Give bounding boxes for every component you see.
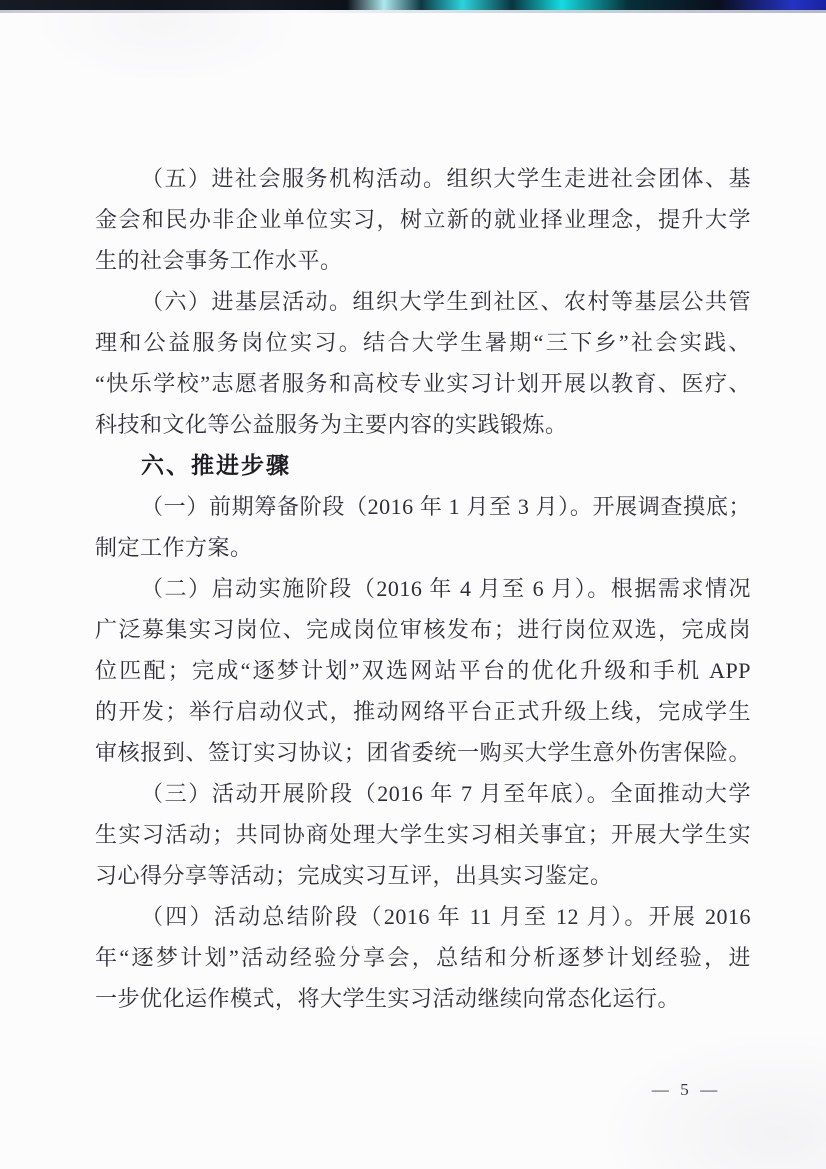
text-line: 位匹配；完成“逐梦计划”双选网站平台的优化升级和手机 APP [95, 650, 751, 691]
text-line: 金会和民办非企业单位实习，树立新的就业择业理念，提升大学 [95, 199, 751, 240]
text-line: （二）启动实施阶段（2016 年 4 月至 6 月）。根据需求情况 [95, 568, 751, 609]
text-line: 一步优化运作模式，将大学生实习活动继续向常态化运行。 [95, 978, 751, 1019]
text-line: 理和公益服务岗位实习。结合大学生暑期“三下乡”社会实践、 [95, 322, 751, 363]
paragraph: （四）活动总结阶段（2016 年 11 月至 12 月）。开展 2016年“逐梦… [95, 896, 751, 1019]
page-number: — 5 — [640, 1080, 730, 1100]
scanned-document-page: { "page": { "number_label": "— 5 —" }, "… [0, 0, 826, 1169]
text-line: （三）活动开展阶段（2016 年 7 月至年底）。全面推动大学 [95, 773, 751, 814]
text-line: （五）进社会服务机构活动。组织大学生走进社会团体、基 [95, 158, 751, 199]
text-line: 习心得分享等活动；完成实习互评，出具实习鉴定。 [95, 855, 751, 896]
text-line: 广泛募集实习岗位、完成岗位审核发布；进行岗位双选，完成岗 [95, 609, 751, 650]
scan-artifact-top-band [0, 0, 826, 10]
paragraph: （五）进社会服务机构活动。组织大学生走进社会团体、基金会和民办非企业单位实习，树… [95, 158, 751, 281]
paragraph: （一）前期筹备阶段（2016 年 1 月至 3 月）。开展调查摸底；制定工作方案… [95, 486, 751, 568]
section-heading: 六、推进步骤 [95, 445, 751, 486]
text-line: 科技和文化等公益服务为主要内容的实践锻炼。 [95, 404, 751, 445]
text-line: （四）活动总结阶段（2016 年 11 月至 12 月）。开展 2016 [95, 896, 751, 937]
text-line: 制定工作方案。 [95, 527, 751, 568]
text-line: （一）前期筹备阶段（2016 年 1 月至 3 月）。开展调查摸底； [95, 486, 751, 527]
text-line: 年“逐梦计划”活动经验分享会，总结和分析逐梦计划经验，进 [95, 937, 751, 978]
text-line: （六）进基层活动。组织大学生到社区、农村等基层公共管 [95, 281, 751, 322]
text-line: 六、推进步骤 [95, 445, 751, 486]
paragraph: （二）启动实施阶段（2016 年 4 月至 6 月）。根据需求情况广泛募集实习岗… [95, 568, 751, 773]
text-line: 生实习活动；共同协商处理大学生实习相关事宜；开展大学生实 [95, 814, 751, 855]
text-line: 生的社会事务工作水平。 [95, 240, 751, 281]
paragraph: （三）活动开展阶段（2016 年 7 月至年底）。全面推动大学生实习活动；共同协… [95, 773, 751, 896]
text-line: 审核报到、签订实习协议；团省委统一购买大学生意外伤害保险。 [95, 732, 751, 773]
text-line: “快乐学校”志愿者服务和高校专业实习计划开展以教育、医疗、 [95, 363, 751, 404]
document-content: （五）进社会服务机构活动。组织大学生走进社会团体、基金会和民办非企业单位实习，树… [95, 158, 751, 1019]
paragraph: （六）进基层活动。组织大学生到社区、农村等基层公共管理和公益服务岗位实习。结合大… [95, 281, 751, 445]
text-line: 的开发；举行启动仪式，推动网络平台正式升级上线，完成学生 [95, 691, 751, 732]
